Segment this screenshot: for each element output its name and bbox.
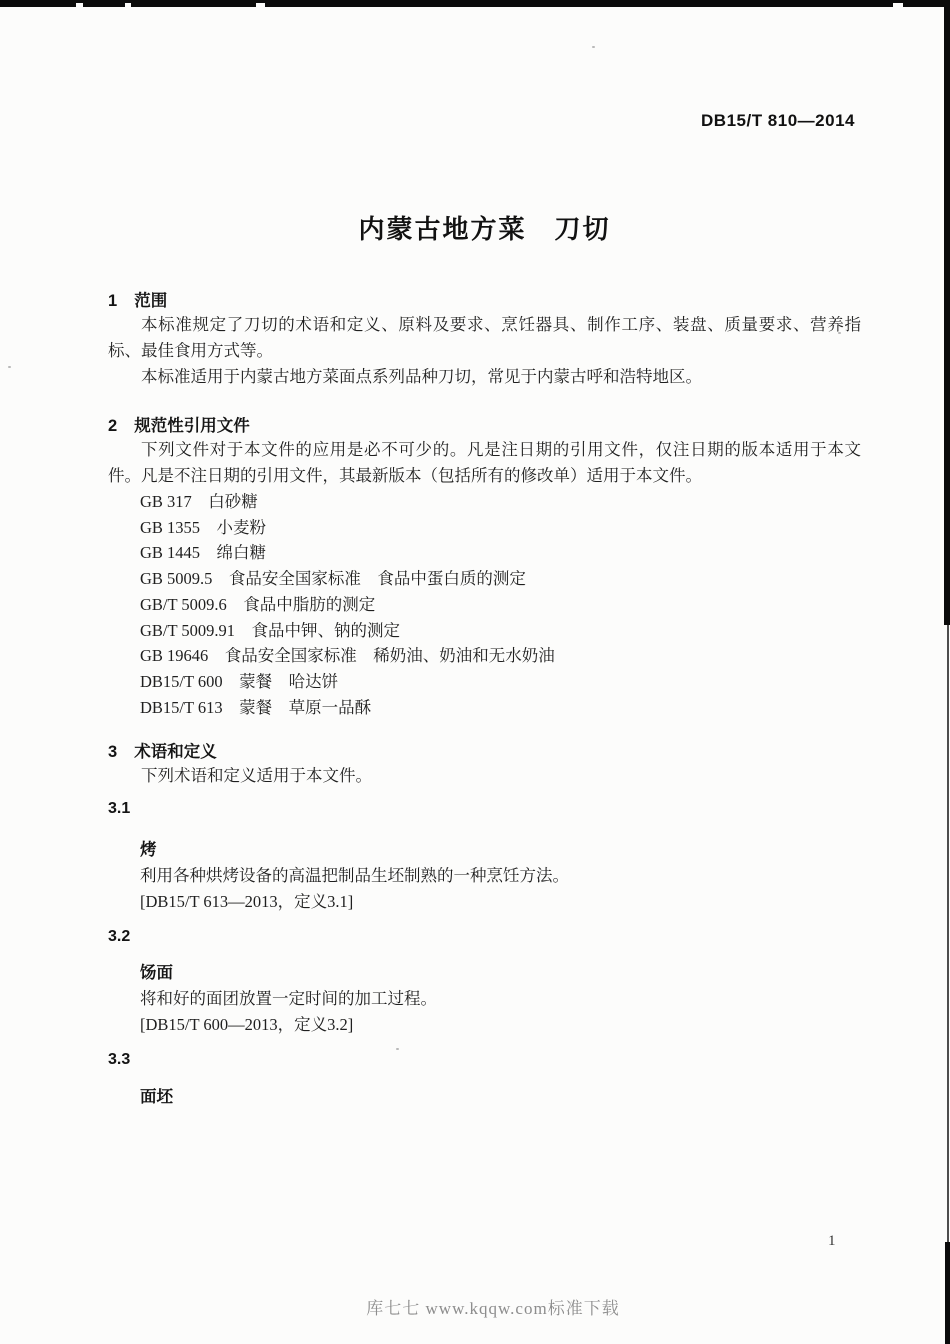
term-name: 面坯 [140,1084,861,1110]
scan-right-edge-line-artifact [947,625,949,1243]
section-2-heading: 2规范性引用文件 [108,415,861,437]
term-number-3-1: 3.1 [108,798,861,820]
term-name: 饧面 [140,960,861,986]
reference-item: DB15/T 600 蒙餐 哈达饼 [140,669,861,695]
reference-item: GB 1445 绵白糖 [140,540,861,566]
document-body: 1范围 本标准规定了刀切的术语和定义、原料及要求、烹饪器具、制作工序、装盘、质量… [108,282,861,1110]
reference-item: GB 5009.5 食品安全国家标准 食品中蛋白质的测定 [140,566,861,592]
reference-item: GB/T 5009.6 食品中脂肪的测定 [140,592,861,618]
document-page: DB15/T 810—2014 内蒙古地方菜 刀切 1范围 本标准规定了刀切的术… [0,0,950,1344]
paragraph: 下列文件对于本文件的应用是必不可少的。凡是注日期的引用文件，仅注日期的版本适用于… [108,437,861,489]
scan-right-edge-artifact [944,0,950,625]
reference-item: GB 1355 小麦粉 [140,515,861,541]
standard-code: DB15/T 810—2014 [701,111,855,131]
term-entry-3-3: 面坯 [108,1084,861,1110]
scan-bottom-right-artifact [945,1242,950,1344]
section-1-number: 1 [108,292,117,310]
paragraph: 本标准规定了刀切的术语和定义、原料及要求、烹饪器具、制作工序、装盘、质量要求、营… [108,312,861,364]
reference-item: GB 317 白砂糖 [140,489,861,515]
term-definition: 将和好的面团放置一定时间的加工过程。 [140,986,861,1012]
term-name: 烤 [140,837,861,863]
section-2-title: 规范性引用文件 [134,417,250,435]
term-number-3-3: 3.3 [108,1049,861,1071]
section-2-number: 2 [108,417,117,435]
term-definition: 利用各种烘烤设备的高温把制品生坯制熟的一种烹饪方法。 [140,863,861,889]
section-3-heading: 3术语和定义 [108,741,861,763]
section-1-title: 范围 [134,292,167,310]
section-3-number: 3 [108,743,117,761]
reference-item: DB15/T 613 蒙餐 草原一品酥 [140,695,861,721]
term-number-3-2: 3.2 [108,926,861,948]
term-source: [DB15/T 600—2013，定义3.2] [140,1012,861,1038]
paragraph: 本标准适用于内蒙古地方菜面点系列品种刀切，常见于内蒙古呼和浩特地区。 [108,364,861,390]
scan-top-edge-artifact [0,0,950,7]
term-source: [DB15/T 613—2013，定义3.1] [140,889,861,915]
paragraph: 下列术语和定义适用于本文件。 [108,763,861,789]
section-3-title: 术语和定义 [134,743,217,761]
reference-item: GB/T 5009.91 食品中钾、钠的测定 [140,618,861,644]
watermark-text: 库七七 www.kqqw.com标准下载 [18,1294,950,1319]
reference-item: GB 19646 食品安全国家标准 稀奶油、奶油和无水奶油 [140,643,861,669]
term-entry-3-2: 饧面 将和好的面团放置一定时间的加工过程。 [DB15/T 600—2013，定… [108,960,861,1038]
normative-reference-list: GB 317 白砂糖 GB 1355 小麦粉 GB 1445 绵白糖 GB 50… [108,489,861,720]
document-title: 内蒙古地方菜 刀切 [108,209,861,246]
page-number: 1 [828,1233,836,1250]
section-1-heading: 1范围 [108,290,861,312]
term-entry-3-1: 烤 利用各种烘烤设备的高温把制品生坯制熟的一种烹饪方法。 [DB15/T 613… [108,837,861,915]
